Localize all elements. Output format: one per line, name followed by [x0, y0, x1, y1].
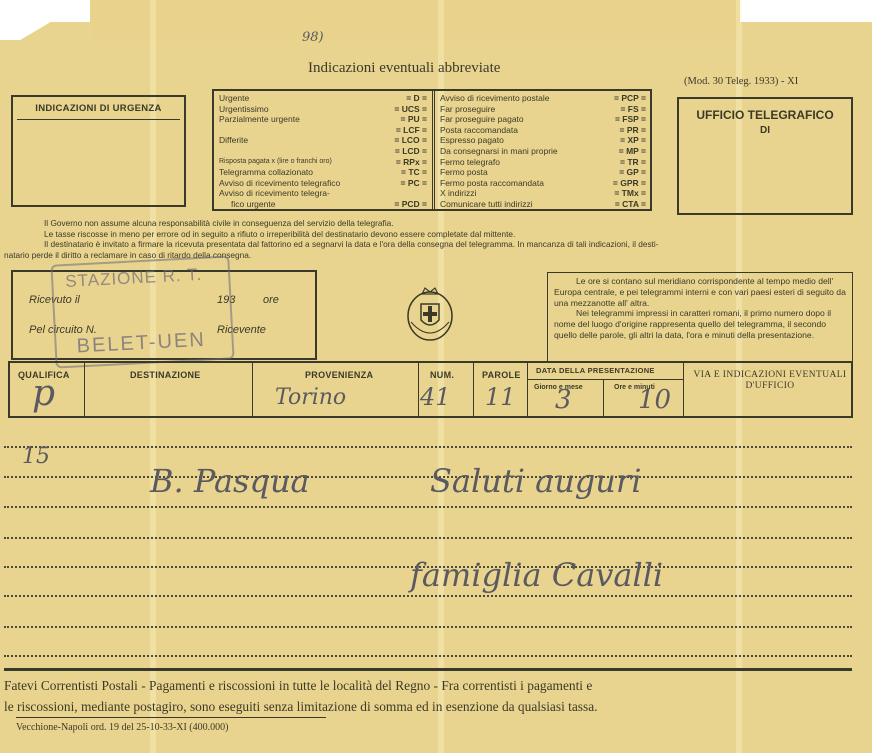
abbr-row: = LCD =	[219, 146, 427, 157]
divider	[418, 363, 419, 416]
col-data-presentazione: DATA DELLA PRESENTAZIONE	[536, 366, 655, 375]
message-line	[4, 446, 852, 448]
divider	[17, 119, 180, 120]
abbr-row: Avviso di ricevimento postale= PCP =	[440, 93, 646, 104]
abbr-row: Da consegnarsi in mani proprie= MP =	[440, 146, 646, 157]
legal-notices: Il Governo non assume alcuna responsabil…	[4, 218, 864, 260]
abbreviations-left-column: Urgente= D = Urgentissimo= UCS = Parzial…	[219, 93, 427, 210]
divider	[473, 363, 474, 416]
abbr-row: Far proseguire= FS =	[440, 104, 646, 115]
col-via-indicazioni: VIA E INDICAZIONI EVENTUALI D'UFFICIO	[690, 370, 850, 392]
postal-ad-line2: le riscossioni, mediante postagiro, sono…	[4, 696, 864, 717]
printer-divider	[16, 717, 326, 718]
message-line	[4, 476, 852, 478]
telegram-header-table: QUALIFICA DESTINAZIONE PROVENIENZA NUM. …	[8, 361, 853, 418]
time-note-box: Le ore si contano sul meridiano corrispo…	[547, 272, 853, 362]
notice-line: Le tasse riscosse in meno per errore od …	[4, 229, 864, 240]
station-stamp: STAZIONE R. T. BELET-UEN	[50, 255, 234, 368]
abbr-row: Risposta pagata x (lire o franchi oro)= …	[219, 157, 427, 168]
divider	[683, 363, 684, 416]
stamp-place: BELET-UEN	[76, 329, 206, 359]
abbr-row: Urgente= D =	[219, 93, 427, 104]
parole-value[interactable]: 11	[485, 383, 516, 411]
abbr-row: Urgentissimo= UCS =	[219, 104, 427, 115]
abbreviations-title: Indicazioni eventuali abbreviate	[308, 60, 500, 77]
abbr-row: Espresso pagato= XP =	[440, 135, 646, 146]
message-line-number[interactable]: 15	[22, 444, 50, 469]
divider	[252, 363, 253, 416]
postal-ad: Fatevi Correntisti Postali - Pagamenti e…	[4, 675, 864, 717]
office-box-title: UFFICIO TELEGRAFICO	[679, 108, 851, 122]
notice-line: Il Governo non assume alcuna responsabil…	[4, 218, 864, 229]
time-note-p2: Nei telegrammi impressi in caratteri rom…	[554, 308, 846, 340]
printer-line: Vecchione-Napoli ord. 19 del 25-10-33-XI…	[16, 722, 228, 733]
message-line	[4, 595, 852, 597]
time-note: Le ore si contano sul meridiano corrispo…	[554, 276, 846, 341]
abbr-row: Parzialmente urgente= PU =	[219, 114, 427, 125]
abbr-row: Differite= LCO =	[219, 135, 427, 146]
telegraph-office-box[interactable]: UFFICIO TELEGRAFICO DI	[677, 97, 853, 215]
abbr-row: Fermo telegrafo= TR =	[440, 157, 646, 168]
abbr-row: fico urgente= PCD =	[219, 199, 427, 210]
num-value[interactable]: 41	[420, 383, 451, 411]
abbr-row: Posta raccomandata= PR =	[440, 125, 646, 136]
message-body[interactable]: Saluti auguri	[430, 462, 641, 500]
giorno-value[interactable]: 3	[555, 385, 572, 415]
ore-value[interactable]: 10	[638, 385, 671, 415]
abbr-row: Comunicare tutti indirizzi= CTA =	[440, 199, 646, 210]
divider	[527, 363, 528, 416]
stamp-station: STAZIONE R. T.	[65, 265, 203, 292]
abbreviations-table: Urgente= D = Urgentissimo= UCS = Parzial…	[212, 89, 652, 211]
divider	[84, 363, 85, 416]
abbr-row: Telegramma collazionato= TC =	[219, 167, 427, 178]
divider	[432, 91, 435, 209]
abbr-row: X indirizzi= TMx =	[440, 188, 646, 199]
model-number: (Mod. 30 Teleg. 1933) - XI	[684, 76, 798, 87]
qualifica-value[interactable]: p	[32, 373, 55, 414]
col-destinazione: DESTINAZIONE	[130, 370, 201, 380]
abbr-row: Avviso di ricevimento telegra-	[219, 188, 427, 199]
coat-of-arms-icon	[405, 286, 455, 342]
pencil-note: 98)	[302, 30, 324, 45]
postal-ad-line1: Fatevi Correntisti Postali - Pagamenti e…	[4, 675, 864, 696]
abbr-row: Fermo posta= GP =	[440, 167, 646, 178]
abbreviations-right-column: Avviso di ricevimento postale= PCP = Far…	[440, 93, 646, 210]
abbr-row: Avviso di ricevimento telegrafico= PC =	[219, 178, 427, 189]
message-line	[4, 655, 852, 657]
abbr-row: = LCF =	[219, 125, 427, 136]
time-note-p1: Le ore si contano sul meridiano corrispo…	[554, 276, 846, 308]
message-line	[4, 506, 852, 508]
receipt-box[interactable]: Ricevuto il 193 ore Pel circuito N. Rice…	[11, 270, 317, 360]
abbr-row: Far proseguire pagato= FSP =	[440, 114, 646, 125]
hour-label: ore	[263, 294, 279, 306]
message-signature[interactable]: famiglia Cavalli	[410, 556, 663, 594]
divider	[603, 379, 604, 416]
paper-top-flap	[90, 0, 740, 44]
urgency-box-title: INDICAZIONI DI URGENZA	[13, 103, 184, 114]
provenienza-value[interactable]: Torino	[275, 385, 346, 410]
urgency-box[interactable]: INDICAZIONI DI URGENZA	[11, 95, 186, 207]
footer-divider	[4, 668, 852, 671]
office-box-sub: DI	[679, 125, 851, 136]
col-provenienza: PROVENIENZA	[305, 370, 373, 380]
col-num: NUM.	[430, 370, 454, 380]
notice-line: natario perde il diritto a reclamare in …	[4, 250, 864, 261]
col-parole: PAROLE	[482, 370, 521, 380]
abbr-row: Fermo posta raccomandata= GPR =	[440, 178, 646, 189]
divider	[527, 379, 683, 380]
message-line	[4, 537, 852, 539]
message-line	[4, 626, 852, 628]
notice-line: Il destinatario è invitato a firmare la …	[4, 239, 864, 250]
message-recipient[interactable]: B. Pasqua	[150, 462, 310, 500]
